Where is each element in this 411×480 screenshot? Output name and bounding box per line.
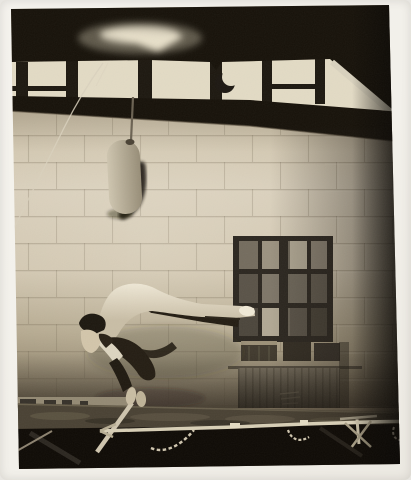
photo-paper xyxy=(0,0,411,480)
scan-background xyxy=(0,0,411,480)
film-grain xyxy=(0,0,411,480)
photo-image xyxy=(0,0,411,480)
